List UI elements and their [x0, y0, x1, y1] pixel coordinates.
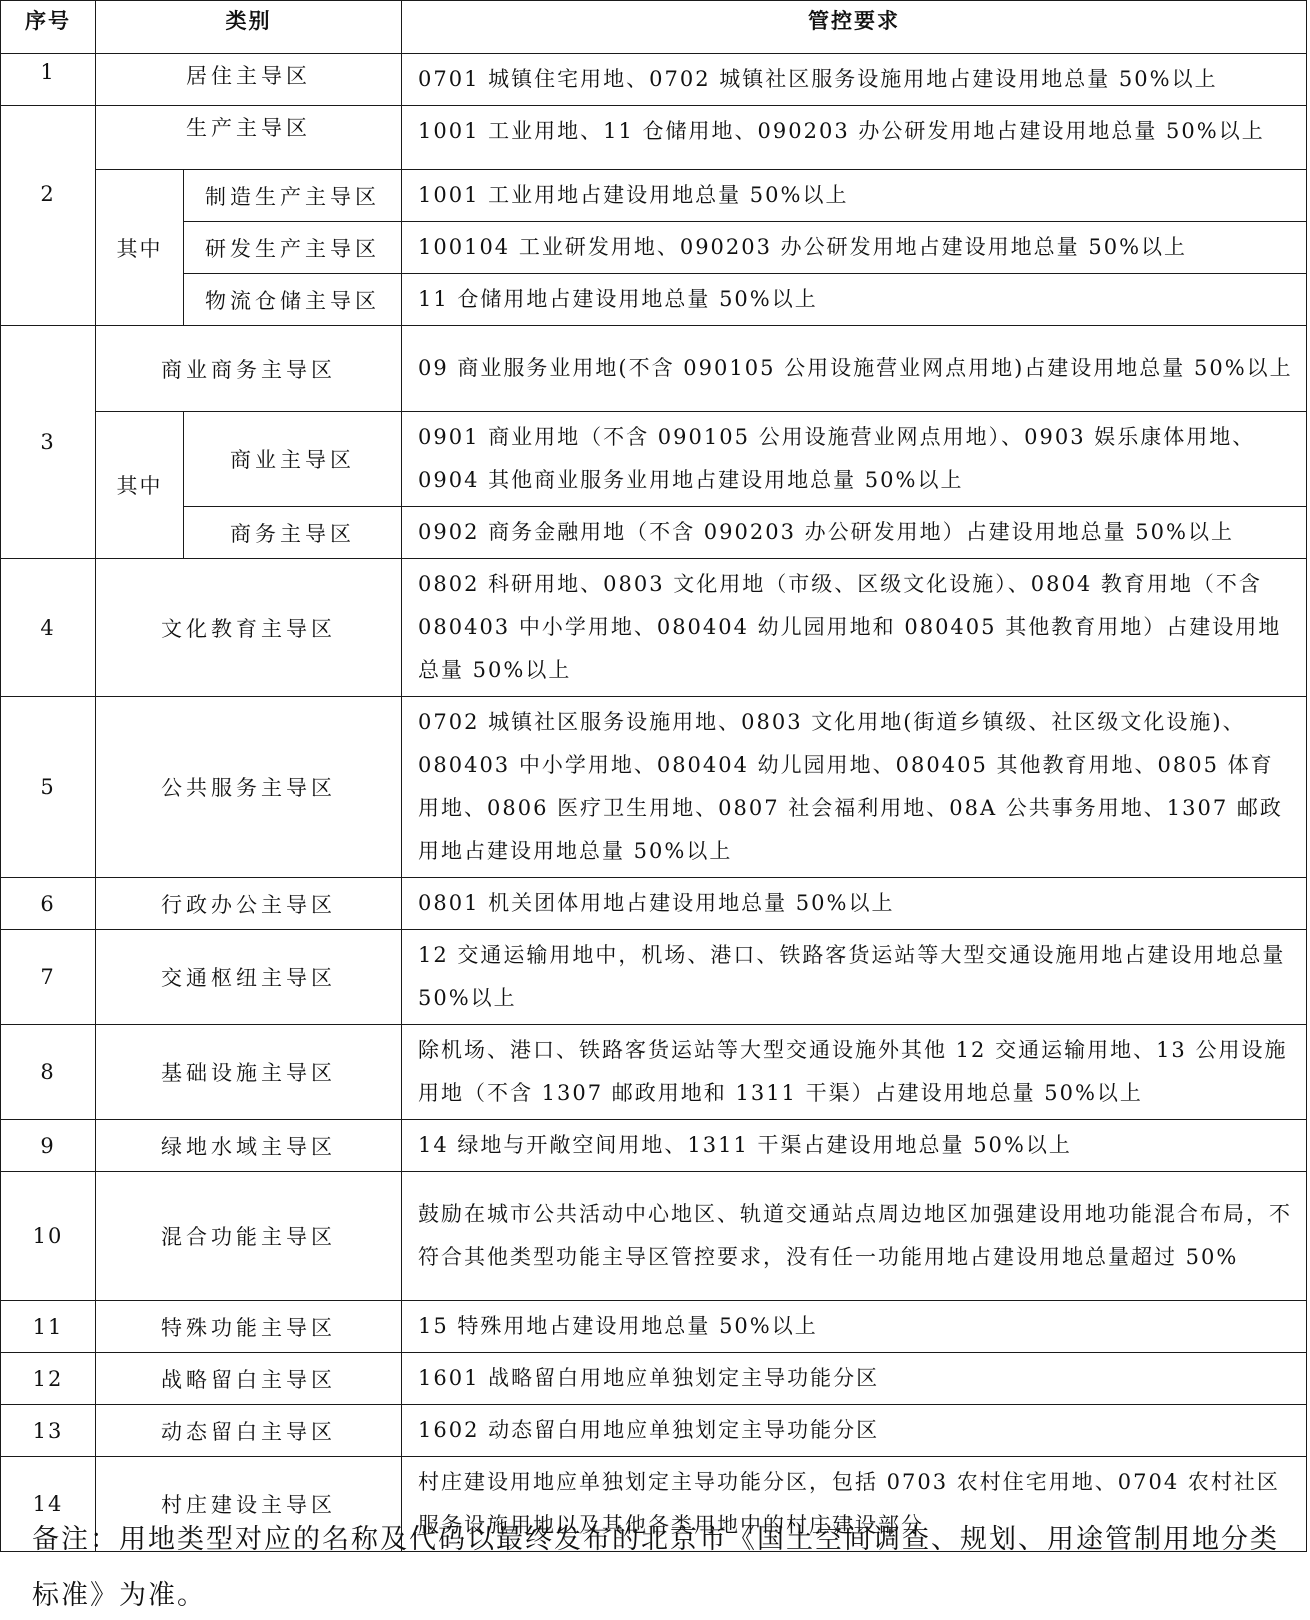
- row-category: 文化教育主导区: [96, 559, 402, 697]
- table-row: 8 基础设施主导区 除机场、港口、铁路客货运站等大型交通设施外其他 12 交通运…: [1, 1025, 1307, 1120]
- row-category: 居住主导区: [96, 54, 402, 106]
- row-requirement: 1601 战略留白用地应单独划定主导功能分区: [402, 1353, 1307, 1405]
- footnote: 备注：用地类型对应的名称及代码以最终发布的北京市《国土空间调查、规划、用途管制用…: [32, 1512, 1282, 1620]
- header-requirement: 管控要求: [402, 1, 1307, 54]
- subrow-requirement: 0902 商务金融用地（不含 090203 办公研发用地）占建设用地总量 50%…: [402, 507, 1307, 559]
- row-category: 生产主导区: [96, 106, 402, 170]
- row-requirement: 0802 科研用地、0803 文化用地（市级、区级文化设施）、0804 教育用地…: [402, 559, 1307, 697]
- row-category: 公共服务主导区: [96, 697, 402, 878]
- row-requirement: 0801 机关团体用地占建设用地总量 50%以上: [402, 878, 1307, 930]
- row-no: 4: [1, 559, 96, 697]
- subrow-category: 商务主导区: [184, 507, 402, 559]
- row-requirement: 0702 城镇社区服务设施用地、0803 文化用地(街道乡镇级、社区级文化设施)…: [402, 697, 1307, 878]
- table-subrow: 研发生产主导区 100104 工业研发用地、090203 办公研发用地占建设用地…: [1, 222, 1307, 274]
- row-category: 行政办公主导区: [96, 878, 402, 930]
- row-no: 3: [1, 326, 96, 559]
- header-category: 类别: [96, 1, 402, 54]
- header-no: 序号: [1, 1, 96, 54]
- table-row: 11 特殊功能主导区 15 特殊用地占建设用地总量 50%以上: [1, 1301, 1307, 1353]
- row-category: 商业商务主导区: [96, 326, 402, 412]
- sub-label: 其中: [96, 170, 184, 326]
- row-category: 动态留白主导区: [96, 1405, 402, 1457]
- table-row: 5 公共服务主导区 0702 城镇社区服务设施用地、0803 文化用地(街道乡镇…: [1, 697, 1307, 878]
- table-row: 12 战略留白主导区 1601 战略留白用地应单独划定主导功能分区: [1, 1353, 1307, 1405]
- subrow-category: 研发生产主导区: [184, 222, 402, 274]
- zone-control-table: 序号 类别 管控要求 1 居住主导区 0701 城镇住宅用地、0702 城镇社区…: [0, 0, 1307, 1552]
- row-category: 战略留白主导区: [96, 1353, 402, 1405]
- row-no: 11: [1, 1301, 96, 1353]
- subrow-requirement: 0901 商业用地（不含 090105 公用设施营业网点用地）、0903 娱乐康…: [402, 412, 1307, 507]
- row-no: 10: [1, 1172, 96, 1301]
- subrow-category: 商业主导区: [184, 412, 402, 507]
- table-row: 4 文化教育主导区 0802 科研用地、0803 文化用地（市级、区级文化设施）…: [1, 559, 1307, 697]
- table-header-row: 序号 类别 管控要求: [1, 1, 1307, 54]
- row-no: 5: [1, 697, 96, 878]
- table-row: 6 行政办公主导区 0801 机关团体用地占建设用地总量 50%以上: [1, 878, 1307, 930]
- table-row: 9 绿地水域主导区 14 绿地与开敞空间用地、1311 干渠占建设用地总量 50…: [1, 1120, 1307, 1172]
- table-subrow: 其中 商业主导区 0901 商业用地（不含 090105 公用设施营业网点用地）…: [1, 412, 1307, 507]
- table-row: 7 交通枢纽主导区 12 交通运输用地中，机场、港口、铁路客货运站等大型交通设施…: [1, 930, 1307, 1025]
- subrow-category: 制造生产主导区: [184, 170, 402, 222]
- row-requirement: 12 交通运输用地中，机场、港口、铁路客货运站等大型交通设施用地占建设用地总量 …: [402, 930, 1307, 1025]
- row-category: 混合功能主导区: [96, 1172, 402, 1301]
- table-row: 10 混合功能主导区 鼓励在城市公共活动中心地区、轨道交通站点周边地区加强建设用…: [1, 1172, 1307, 1301]
- row-requirement: 1602 动态留白用地应单独划定主导功能分区: [402, 1405, 1307, 1457]
- table-row: 1 居住主导区 0701 城镇住宅用地、0702 城镇社区服务设施用地占建设用地…: [1, 54, 1307, 106]
- table-subrow: 其中 制造生产主导区 1001 工业用地占建设用地总量 50%以上: [1, 170, 1307, 222]
- row-requirement: 除机场、港口、铁路客货运站等大型交通设施外其他 12 交通运输用地、13 公用设…: [402, 1025, 1307, 1120]
- row-no: 1: [1, 54, 96, 106]
- row-no: 7: [1, 930, 96, 1025]
- row-requirement: 鼓励在城市公共活动中心地区、轨道交通站点周边地区加强建设用地功能混合布局，不符合…: [402, 1172, 1307, 1301]
- subrow-requirement: 11 仓储用地占建设用地总量 50%以上: [402, 274, 1307, 326]
- row-category: 特殊功能主导区: [96, 1301, 402, 1353]
- row-no: 13: [1, 1405, 96, 1457]
- row-no: 8: [1, 1025, 96, 1120]
- row-category: 绿地水域主导区: [96, 1120, 402, 1172]
- table-row: 13 动态留白主导区 1602 动态留白用地应单独划定主导功能分区: [1, 1405, 1307, 1457]
- table-subrow: 商务主导区 0902 商务金融用地（不含 090203 办公研发用地）占建设用地…: [1, 507, 1307, 559]
- sub-label: 其中: [96, 412, 184, 559]
- row-requirement: 1001 工业用地、11 仓储用地、090203 办公研发用地占建设用地总量 5…: [402, 106, 1307, 170]
- row-requirement: 15 特殊用地占建设用地总量 50%以上: [402, 1301, 1307, 1353]
- table-row: 2 生产主导区 1001 工业用地、11 仓储用地、090203 办公研发用地占…: [1, 106, 1307, 170]
- table-row: 3 商业商务主导区 09 商业服务业用地(不含 090105 公用设施营业网点用…: [1, 326, 1307, 412]
- table-subrow: 物流仓储主导区 11 仓储用地占建设用地总量 50%以上: [1, 274, 1307, 326]
- row-no: 6: [1, 878, 96, 930]
- subrow-requirement: 100104 工业研发用地、090203 办公研发用地占建设用地总量 50%以上: [402, 222, 1307, 274]
- row-no: 9: [1, 1120, 96, 1172]
- row-requirement: 09 商业服务业用地(不含 090105 公用设施营业网点用地)占建设用地总量 …: [402, 326, 1307, 412]
- subrow-requirement: 1001 工业用地占建设用地总量 50%以上: [402, 170, 1307, 222]
- row-category: 基础设施主导区: [96, 1025, 402, 1120]
- subrow-category: 物流仓储主导区: [184, 274, 402, 326]
- row-category: 交通枢纽主导区: [96, 930, 402, 1025]
- row-no: 12: [1, 1353, 96, 1405]
- row-requirement: 0701 城镇住宅用地、0702 城镇社区服务设施用地占建设用地总量 50%以上: [402, 54, 1307, 106]
- row-requirement: 14 绿地与开敞空间用地、1311 干渠占建设用地总量 50%以上: [402, 1120, 1307, 1172]
- row-no: 2: [1, 106, 96, 326]
